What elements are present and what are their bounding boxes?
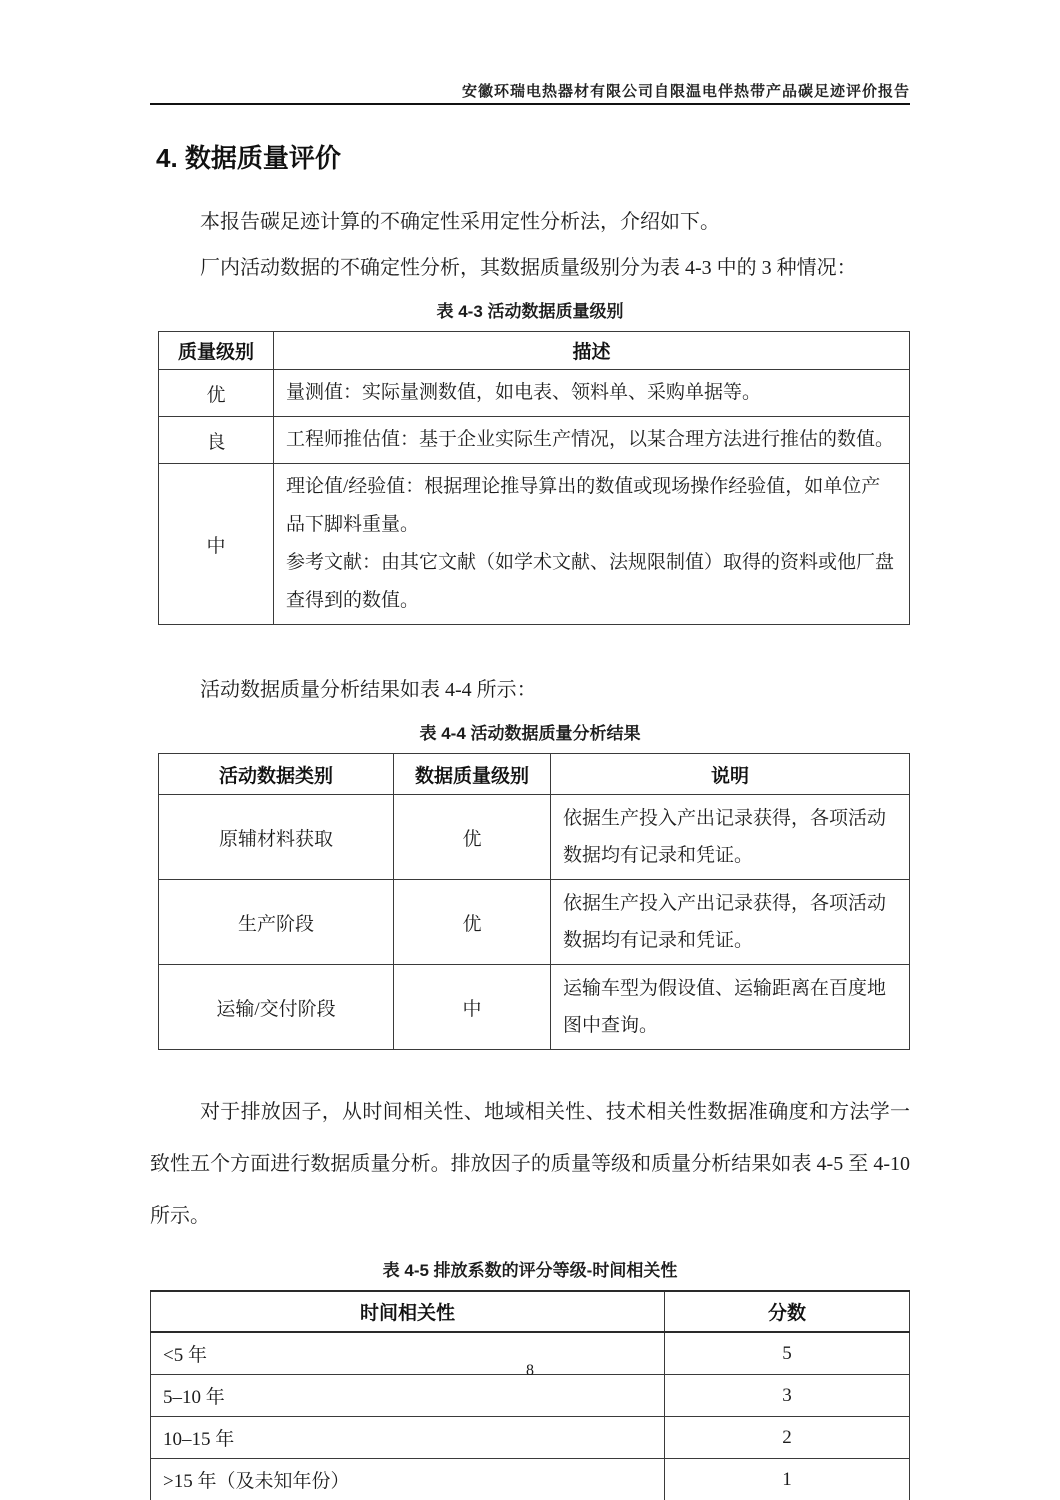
table-row: 10–15 年 2	[151, 1417, 910, 1459]
table-header-row: 时间相关性 分数	[151, 1291, 910, 1332]
page-number: 8	[0, 1362, 1060, 1380]
score-cell: 2	[665, 1417, 910, 1459]
table-4-5-time-relevance-scores: 时间相关性 分数 <5 年 5 5–10 年 3 10–15 年 2 >15 年…	[150, 1290, 910, 1500]
document-body: 4. 数据质量评价 本报告碳足迹计算的不确定性采用定性分析法，介绍如下。 厂内活…	[150, 0, 910, 1500]
paragraph-activity-data-levels: 厂内活动数据的不确定性分析，其数据质量级别分为表 4-3 中的 3 种情况：	[150, 253, 910, 283]
paragraph-uncertainty-intro: 本报告碳足迹计算的不确定性采用定性分析法，介绍如下。	[150, 207, 910, 237]
table-header-row: 质量级别 描述	[159, 332, 910, 370]
quality-level-cell: 优	[394, 880, 551, 965]
score-cell: 1	[665, 1459, 910, 1500]
table-row: 生产阶段 优 依据生产投入产出记录获得，各项活动数据均有记录和凭证。	[159, 880, 910, 965]
description-cell: 理论值/经验值：根据理论推导算出的数值或现场操作经验值，如单位产品下脚料重量。 …	[274, 464, 910, 625]
table-4-3-quality-levels: 质量级别 描述 优 量测值：实际量测数值，如电表、领料单、采购单据等。 良 工程…	[158, 331, 910, 625]
time-range-cell: 10–15 年	[151, 1417, 665, 1459]
column-header-time-relevance: 时间相关性	[151, 1291, 665, 1332]
column-header-data-quality-level: 数据质量级别	[394, 754, 551, 795]
quality-level-cell: 优	[394, 795, 551, 880]
table-4-5-caption: 表 4-5 排放系数的评分等级-时间相关性	[150, 1256, 910, 1281]
column-header-activity-category: 活动数据类别	[159, 754, 394, 795]
table-row: 运输/交付阶段 中 运输车型为假设值、运输距离在百度地图中查询。	[159, 965, 910, 1050]
table-row: 中 理论值/经验值：根据理论推导算出的数值或现场操作经验值，如单位产品下脚料重量…	[159, 464, 910, 625]
table-row: 5–10 年 3	[151, 1375, 910, 1417]
table-4-4-analysis-results: 活动数据类别 数据质量级别 说明 原辅材料获取 优 依据生产投入产出记录获得，各…	[158, 753, 910, 1050]
table-row: 良 工程师推估值：基于企业实际生产情况，以某合理方法进行推估的数值。	[159, 417, 910, 464]
time-range-cell: 5–10 年	[151, 1375, 665, 1417]
table-4-4-caption: 表 4-4 活动数据质量分析结果	[150, 719, 910, 744]
quality-level-cell: 良	[159, 417, 274, 464]
column-header-quality-level: 质量级别	[159, 332, 274, 370]
activity-category-cell: 运输/交付阶段	[159, 965, 394, 1050]
description-cell: 工程师推估值：基于企业实际生产情况，以某合理方法进行推估的数值。	[274, 417, 910, 464]
table-4-3-caption: 表 4-3 活动数据质量级别	[150, 297, 910, 322]
activity-category-cell: 生产阶段	[159, 880, 394, 965]
table-header-row: 活动数据类别 数据质量级别 说明	[159, 754, 910, 795]
score-cell: 3	[665, 1375, 910, 1417]
description-cell: 量测值：实际量测数值，如电表、领料单、采购单据等。	[274, 370, 910, 417]
table-row: 优 量测值：实际量测数值，如电表、领料单、采购单据等。	[159, 370, 910, 417]
paragraph-analysis-results: 活动数据质量分析结果如表 4-4 所示：	[150, 675, 910, 705]
quality-level-cell: 中	[159, 464, 274, 625]
column-header-score: 分数	[665, 1291, 910, 1332]
table-row: >15 年（及未知年份） 1	[151, 1459, 910, 1500]
paragraph-emission-factors: 对于排放因子，从时间相关性、地域相关性、技术相关性数据准确度和方法学一致性五个方…	[150, 1086, 910, 1242]
time-range-cell: >15 年（及未知年份）	[151, 1459, 665, 1500]
quality-level-cell: 优	[159, 370, 274, 417]
section-title: 4. 数据质量评价	[156, 138, 910, 175]
explanation-cell: 依据生产投入产出记录获得，各项活动数据均有记录和凭证。	[551, 795, 910, 880]
quality-level-cell: 中	[394, 965, 551, 1050]
description-line: 理论值/经验值：根据理论推导算出的数值或现场操作经验值，如单位产品下脚料重量。	[286, 468, 897, 544]
column-header-explanation: 说明	[551, 754, 910, 795]
table-row: 原辅材料获取 优 依据生产投入产出记录获得，各项活动数据均有记录和凭证。	[159, 795, 910, 880]
explanation-cell: 运输车型为假设值、运输距离在百度地图中查询。	[551, 965, 910, 1050]
explanation-cell: 依据生产投入产出记录获得，各项活动数据均有记录和凭证。	[551, 880, 910, 965]
activity-category-cell: 原辅材料获取	[159, 795, 394, 880]
column-header-description: 描述	[274, 332, 910, 370]
description-line: 参考文献：由其它文献（如学术文献、法规限制值）取得的资料或他厂盘查得到的数值。	[286, 544, 897, 620]
